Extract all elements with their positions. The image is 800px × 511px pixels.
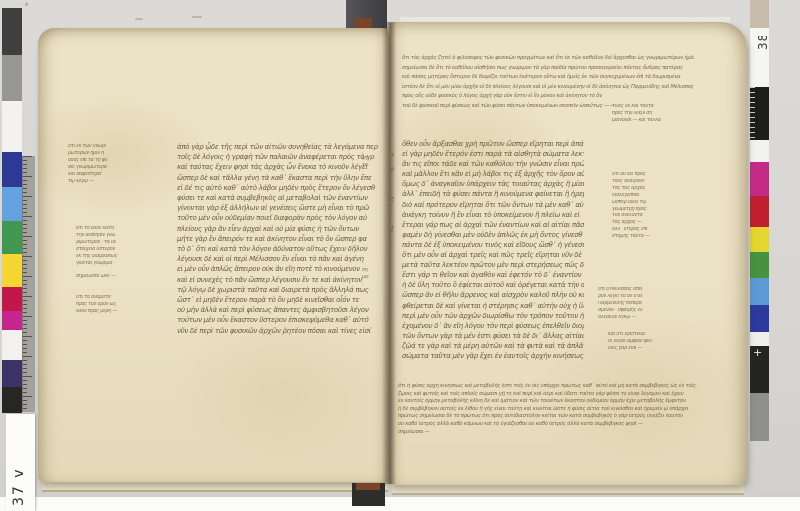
page-stack-edge-right <box>392 484 744 495</box>
text-line: ὅτι ἡ φύσις ἀρχὴ κινήσεως καὶ μεταβολῆς … <box>398 383 696 391</box>
right-edge-label: 38 <box>748 36 768 82</box>
text-line: τινὲς δὲ καὶ ταῦτα <box>612 104 694 111</box>
text-line: σημείωσαι — <box>398 429 696 437</box>
text-line: μήτε γὰρ ἓν ἄπειρόν τε καὶ ἀκίνητον εἶνα… <box>177 234 388 244</box>
text-line: τῶν ὄντων γὰρ τὰ μέν ἐστι φύσει τὰ δὲ δι… <box>402 331 584 341</box>
text-line: καὶ εἰ συνεχὲς τὸ πᾶν ὥσπερ λέγουσιν ἕν … <box>177 275 388 285</box>
text-line: δεῖς γάρ εἰσι — <box>608 346 686 353</box>
text-line: αλίγκιον ὄγκῳ — <box>598 315 684 322</box>
color-patch <box>2 330 22 360</box>
text-line: ὁδὸς ἐπὶ τὰ τῇ φύ <box>68 158 164 165</box>
text-line: ὥσπερ δὲ καὶ τἄλλα γένη τὰ καθ᾽ ἕκαστα π… <box>177 173 388 183</box>
text-line: καὶ σαφέστερα <box>68 172 164 179</box>
text-line: φύσει τε καὶ κατὰ συμβεβηκὸς αἱ μεταβολα… <box>177 193 388 203</box>
color-patch <box>2 254 22 287</box>
text-line: σμένον · σφαίρης ἐν <box>598 308 684 315</box>
scholium-left-margin-note: σημείωσαι ὧδε — <box>76 274 148 281</box>
text-line: καὶ πάσας μητέρας ὕστερον δὲ διορίζει το… <box>402 73 694 83</box>
color-patch <box>750 196 769 227</box>
color-patch <box>750 252 769 278</box>
scholium-right-margin-b: ὅτι ὁ Μέλισσος ἄπειρον λέγει τὸ ὂν ὁ δὲΠ… <box>598 287 684 322</box>
text-line: ἀνάγκη τοίνυν ἢ ἓν εἶναι τὸ ὑποκείμενον … <box>402 210 584 220</box>
scholia-bottom: ὅτι ἡ φύσις ἀρχὴ κινήσεως καὶ μεταβολῆς … <box>398 383 696 436</box>
text-line: φθείρεται δὲ καὶ γίνεται ἡ στέρησις καθ᾽… <box>402 301 584 311</box>
text-line: τοῖς δὲ λόγοις ἡ γραφὴ τῶν παλαιῶν ἀναφέ… <box>177 152 388 162</box>
text-line: ὥσπερ οὐδὲ τῷ <box>612 200 690 207</box>
color-patch <box>750 305 769 332</box>
text-line: ριμώτερον · τὰ δὲ <box>76 240 164 247</box>
text-line: εἰ δέ τις αὐτὸ καθ᾽ αὑτὸ λάβοι μηδὲν πρὸ… <box>177 183 388 193</box>
text-line: τῷ λόγῳ — <box>68 179 164 186</box>
main-text-verso: ἀπὸ γὰρ ᾧδε τῆς περὶ τῶν αἰτιῶν συνηθεία… <box>177 142 388 336</box>
text-line: ἀπὸ γὰρ ᾧδε τῆς περὶ τῶν αἰτιῶν συνηθεία… <box>177 142 388 152</box>
text-line: ζῷά τε γὰρ καὶ τὰ μέρη αὐτῶν καὶ τὰ φυτὰ… <box>402 341 584 351</box>
text-line: γεωμέτρῃ πρὸς <box>612 207 690 214</box>
text-line: μετὰ ταῦτα λεκτέον πρῶτον μὲν περὶ στερή… <box>402 260 584 270</box>
text-line: σημείωσαι δὲ ὅτι τὸ καθόλου αἰσθήσει πως… <box>402 64 694 74</box>
ruler-right <box>750 87 769 140</box>
text-line: ἀλλ᾽ ἐπειδὴ τὰ φύσει πάντα ἢ κινούμενα φ… <box>402 189 584 199</box>
text-line: γίνονται γὰρ ἐξ ἀλλήλων αἱ γενέσεις ὥστε… <box>177 203 388 213</box>
color-patch <box>2 387 22 413</box>
text-line: πρὸς τὸν ὅρον ὡς <box>76 302 164 309</box>
text-line: πρὸς οὓς οὐδὲ φυσικὸς ὁ λόγος ἀρχὴ γὰρ ο… <box>402 92 694 102</box>
color-patch <box>750 0 769 28</box>
text-line: ἐχομένου δ᾽ ἂν εἴη λόγου τὸν περὶ φύσεως… <box>402 321 584 331</box>
scholia-top: ὅτι τὰς ἀρχὰς ζητεῖ ὁ φιλόσοφος τῶν φυσι… <box>402 54 694 112</box>
text-line: ζῴοις καὶ φυτοῖς καὶ τοῖς ἁπλοῖς σώμασι … <box>398 391 696 399</box>
text-line: εἰ μὲν οὖν ἁπλῶς ἄπειρον οὐκ ἂν εἴη ποτὲ… <box>177 264 388 274</box>
main-text-recto: ὅθεν οὖν ἄρξασθαι χρὴ πρῶτον ὥσπερ εἴρητ… <box>402 139 584 361</box>
text-line: τοὺς ἀναιροῦν <box>612 179 690 186</box>
text-line: τούτων μὲν οὖν ἕκαστον ὕστερον ἐπισκεψόμ… <box>177 315 388 325</box>
color-patch <box>750 227 769 252</box>
text-line: ὥσπερ ἂν εἰ θῆλυ ἄρρενος καὶ αἰσχρὸν καλ… <box>402 290 584 300</box>
photo-bottom-margin <box>0 497 800 511</box>
text-line: φαμὲν δὴ γίνεσθαι μὲν οὐδὲν ἁπλῶς ἐκ μὴ … <box>402 230 584 240</box>
page-recto: ὅτι τὰς ἀρχὰς ζητεῖ ὁ φιλόσοφος τῶν φυσι… <box>390 22 747 485</box>
color-patch <box>750 332 769 346</box>
text-line: ρον λέγει τὸ ὂν ὁ δὲ <box>598 294 684 301</box>
text-line: πάντα δὲ ἐξ ὑποκειμένου τινὸς καὶ εἴδους… <box>402 240 584 250</box>
text-line: τοῦτο μὲν οὖν οὐδεμίαν ποιεῖ διαφορὰν πρ… <box>177 213 388 223</box>
text-line: ἀλλ᾽ ἑτέρας ἐπι <box>612 227 690 234</box>
text-line: διὸ καὶ πρότερον εἴρηται ὅτι τῶν ὄντων τ… <box>402 200 584 210</box>
text-line: ἐν ἑαυτοῖς ὁρμὴν μεταβολῆς κλίνη δὲ καὶ … <box>398 398 696 406</box>
text-line: ὅτι τὸ ὅλον κατὰ <box>76 226 164 233</box>
ruler-left <box>22 156 35 412</box>
color-patch <box>750 278 769 305</box>
text-line: διαλέγεσθαι · <box>612 193 690 200</box>
text-line: σώματα ταῦτα μὲν γὰρ ἔχει ἐν ἑαυτοῖς ἀρχ… <box>402 351 584 361</box>
dust-speck <box>192 16 202 18</box>
text-line: ὅτι οὐ δεῖ πρὸς <box>612 172 690 179</box>
text-line: ὅμως δ᾽ ἀναγκαῖον ὑπάρχειν τὰς τοιαύτας … <box>402 179 584 189</box>
text-line: σημείωσαι ὧδε — <box>76 274 148 281</box>
text-line: πρώτως σημείωσαι δὲ τὸ πρώτως ὅτι πρὸς ἀ… <box>398 413 696 421</box>
text-line: ὅτι ὁ Μέλισσος ἄπει <box>598 287 684 294</box>
scholium-left-margin-3: ὅτι τὰ ὀνόματαπρὸς τὸν ὅρον ὡςὅλον πρὸς … <box>76 295 164 316</box>
text-line: οἱ λόγοι ἀμφοῖν ψευ <box>608 339 686 346</box>
text-line: ὥστ᾽ εἰ μηδὲν ἕτερον παρὰ τὸ ὂν μηδὲ κιν… <box>177 295 388 305</box>
color-patch <box>750 140 769 162</box>
text-line: οὐ καθὸ ἰατρὸς ἀλλὰ καθὸ κάμνων καὶ τὸ ὑ… <box>398 421 696 429</box>
scholium-left-margin-2: ὅτι τὸ ὅλον κατὰτὴν αἴσθησιν γνωριμώτερο… <box>76 226 164 267</box>
right-edge-label-text: 38 <box>756 36 768 50</box>
color-patch <box>750 393 769 441</box>
folio-label-text: 37 v <box>11 467 27 506</box>
color-patch <box>2 221 22 254</box>
color-patch <box>2 287 22 311</box>
text-line: ἕτεραι γάρ πως αἱ ἀρχαὶ τῶν ἐναντίων καὶ… <box>402 220 584 230</box>
text-line: ὅλον πρὸς μέρη — <box>76 309 164 316</box>
page-verso: ὅτι ἐκ τῶν γνωριμωτέρων ἡμῖν ἡὁδὸς ἐπὶ τ… <box>38 28 388 482</box>
gutter-shadow <box>382 22 396 484</box>
color-patch <box>2 311 22 330</box>
text-line: καὶ ὅτι ἐριστικοὶ <box>608 332 686 339</box>
folio-label-tag: 37 v <box>6 414 35 511</box>
text-line: ὅτι τὰ ὀνόματα <box>76 295 164 302</box>
text-line: ὅτι ἐκ τῶν γνωρι <box>68 144 164 151</box>
text-line: σει γνωριμώτερα · <box>68 165 164 172</box>
text-line: Παρμενίδης πεπερα <box>598 301 684 308</box>
text-line: ἄν τις εἴποι τάδε καὶ τῶν καθόλου τὴν γν… <box>402 159 584 169</box>
text-line: τας τὰς ἀρχὰς <box>612 186 690 193</box>
text-line: λέγουσι δὲ καὶ οἱ περὶ Μέλισσον ἓν εἶναι… <box>177 254 388 264</box>
text-line: ᾗ δὲ συμβέβηκεν αὐτοῖς ἐκ λίθου ἢ γῆς εἶ… <box>398 406 696 414</box>
text-line: ἡ δὲ ὕλη τοῦτο ὃ ἐφίεται αὐτοῦ καὶ ὀρέγε… <box>402 280 584 290</box>
text-line: ὅτι μὲν οὖν αἱ ἀρχαὶ τρεῖς καὶ πῶς τρεῖς… <box>402 250 584 260</box>
color-patch <box>2 55 22 101</box>
text-line: νῦν δὲ περὶ τῶν φυσικῶν ἀρχῶν ῥητέον πόσ… <box>177 326 388 336</box>
text-line: καὶ μᾶλλον ἔτι κἂν εἰ μὴ λάβοι τις ἐξ ἀρ… <box>402 169 584 179</box>
text-line: ὅτι τὰς ἀρχὰς ζητεῖ ὁ φιλόσοφος τῶν φυσι… <box>402 54 694 64</box>
spine-tail-leather <box>356 483 380 490</box>
text-line: τὴν αἴσθησιν γνω <box>76 233 164 240</box>
text-line: ἔστι γάρ τι θεῖον καὶ ἀγαθὸν καὶ ἐφετόν … <box>402 270 584 280</box>
text-line: τὰς ἀρχάς — <box>612 220 690 227</box>
text-line: γίνεται γνώριμα <box>76 261 164 268</box>
text-line: πλείους γὰρ ἂν εἶεν ἀρχαὶ καὶ οὐ μία φύσ… <box>177 224 388 234</box>
scholium-right-margin-a: ὅτι οὐ δεῖ πρὸςτοὺς ἀναιροῦντας τὰς ἀρχὰ… <box>612 172 690 241</box>
text-line: εἰ γὰρ μηδὲν ἕτερόν ἐστι παρὰ τὰ αἰσθητὰ… <box>402 149 584 159</box>
text-line: ἰστέον δὲ ὅτι οἱ μὲν μίαν ἀρχὴν οἱ δὲ πλ… <box>402 83 694 93</box>
dust-speck <box>135 18 143 20</box>
text-line: τῷ λόγῳ δὲ χωριστὰ ταῦτα καὶ διαιρετὰ πρ… <box>177 285 388 295</box>
color-patch <box>2 360 22 387</box>
text-line: στοιχεῖα ὕστερον <box>76 247 164 254</box>
color-patch <box>750 162 769 196</box>
text-line: μωτέρων ἡμῖν ἡ <box>68 151 164 158</box>
text-line: καὶ ταύτας ἔχειν φησὶ τὰς ἀρχὰς ὧν ἕνεκα… <box>177 162 388 172</box>
color-calibration-bar-left <box>2 8 22 413</box>
color-patch <box>2 152 22 187</box>
manuscript-photo: ····⊕ 37 v 38 + ὅτι ἐκ τῶν γνωριμωτέρων … <box>0 0 800 511</box>
color-patch <box>2 8 22 55</box>
text-line: ἐκ τῆς διαιρέσεως <box>76 254 164 261</box>
text-line: περὶ μὲν οὖν τῶν ἀρχῶν διωρίσθω τὸν τρόπ… <box>402 311 584 321</box>
text-line: οὐ μὴν ἀλλὰ καὶ περὶ φύσεως ἅπαντες ἀμφι… <box>177 305 388 315</box>
registration-cross-icon: + <box>753 347 764 358</box>
text-line: ὅθεν οὖν ἄρξασθαι χρὴ πρῶτον ὥσπερ εἴρητ… <box>402 139 584 149</box>
text-line: τὸ δ᾽ ὅτι καὶ κατὰ τὸν λόγον ἀδύνατον οὕ… <box>177 244 388 254</box>
text-line: μαίνουσι — καὶ τἄλλα <box>612 118 694 125</box>
scholia-top-right: τινὲς δὲ καὶ ταῦταπρὸς τὴν λέξιν σημαίνο… <box>612 104 694 125</box>
scholium-left-margin-1: ὅτι ἐκ τῶν γνωριμωτέρων ἡμῖν ἡὁδὸς ἐπὶ τ… <box>68 144 164 185</box>
color-patch <box>2 187 22 221</box>
text-line: πρὸς τὴν λέξιν ση <box>612 111 694 118</box>
color-patch <box>2 101 22 152</box>
text-line: τὸν ἀνελόντα <box>612 213 690 220</box>
scholium-right-margin-c: καὶ ὅτι ἐριστικοὶοἱ λόγοι ἀμφοῖν ψευδεῖς… <box>608 332 686 353</box>
text-line: στήμης ταῦτα — <box>612 234 690 241</box>
